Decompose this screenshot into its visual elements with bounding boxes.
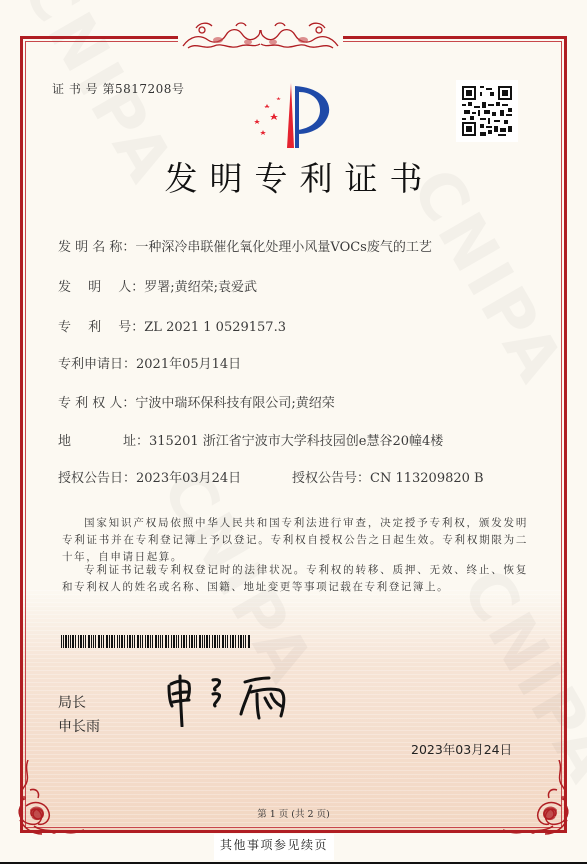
field-inventors: 发 明 人：罗署;黄绍荣;袁爱武 [58,276,257,295]
notice-paragraph-2: 专利证书记载专利权登记时的法律状况。专利权的转移、质押、无效、终止、恢复和专利权… [62,562,528,596]
field-label: 授权公告号： [292,467,370,486]
field-label: 授权公告日： [58,467,136,486]
certificate-number: 证 书 号 第5817208号 [52,80,184,97]
certificate-number-label: 证 书 号 [52,82,98,96]
signatory-title: 局长 [58,692,86,712]
field-value: 315201 浙江省宁波市大学科技园创e慧谷20幢4楼 [149,430,443,449]
certificate-page: CNIPA CNIPA CNIPA CNIPA [0,0,587,864]
field-value: 一种深冷串联催化氧化处理小风量VOCs废气的工艺 [135,236,431,255]
page-title: 发明专利证书 [0,153,587,200]
notice-paragraph-1: 国家知识产权局依照中华人民共和国专利法进行审查，决定授予专利权，颁发发明专利证书… [62,515,528,566]
field-label: 发 明 名 称： [58,236,135,255]
cnipa-logo-icon [250,78,340,148]
field-filing-date: 专利申请日：2021年05月14日 [58,353,241,372]
field-patent-number: 专 利 号：ZL 2021 1 0529157.3 [58,316,286,335]
field-value: CN 113209820 B [370,471,484,486]
top-ornament-icon [178,20,343,54]
field-patentee: 专 利 权 人：宁波中瑞环保科技有限公司;黄绍荣 [58,392,335,411]
field-address: 地 址：315201 浙江省宁波市大学科技园创e慧谷20幢4楼 [58,430,443,449]
continue-note: 其他事项参见续页 [214,834,334,860]
issue-date: 2023年03月24日 [411,740,512,758]
field-value: 罗署;黄绍荣;袁爱武 [144,276,257,295]
field-value: 2021年05月14日 [136,353,241,372]
field-label: 专利申请日： [58,353,136,372]
field-label: 专 利 权 人： [58,392,135,411]
field-grant-publication-number: 授权公告号：CN 113209820 B [292,467,484,486]
signatory-name: 申长雨 [58,716,100,736]
field-value: 宁波中瑞环保科技有限公司;黄绍荣 [135,392,334,411]
barcode-icon [61,635,251,648]
field-invention-name: 发 明 名 称：一种深冷串联催化氧化处理小风量VOCs废气的工艺 [58,236,432,255]
corner-ornament-icon [14,760,94,840]
field-value: ZL 2021 1 0529157.3 [144,320,286,335]
field-value: 2023年03月24日 [136,467,241,486]
qr-code[interactable] [456,80,518,142]
certificate-number-value: 第5817208号 [102,82,184,96]
field-label: 发 明 人： [58,276,144,295]
field-label: 地 址： [58,430,149,449]
qr-code-icon [462,86,512,136]
page-indicator: 第 1 页 (共 2 页) [0,806,587,820]
field-grant-date: 授权公告日：2023年03月24日 [58,467,241,486]
signature-icon [165,672,300,727]
field-label: 专 利 号： [58,316,144,335]
corner-ornament-icon [493,760,573,840]
